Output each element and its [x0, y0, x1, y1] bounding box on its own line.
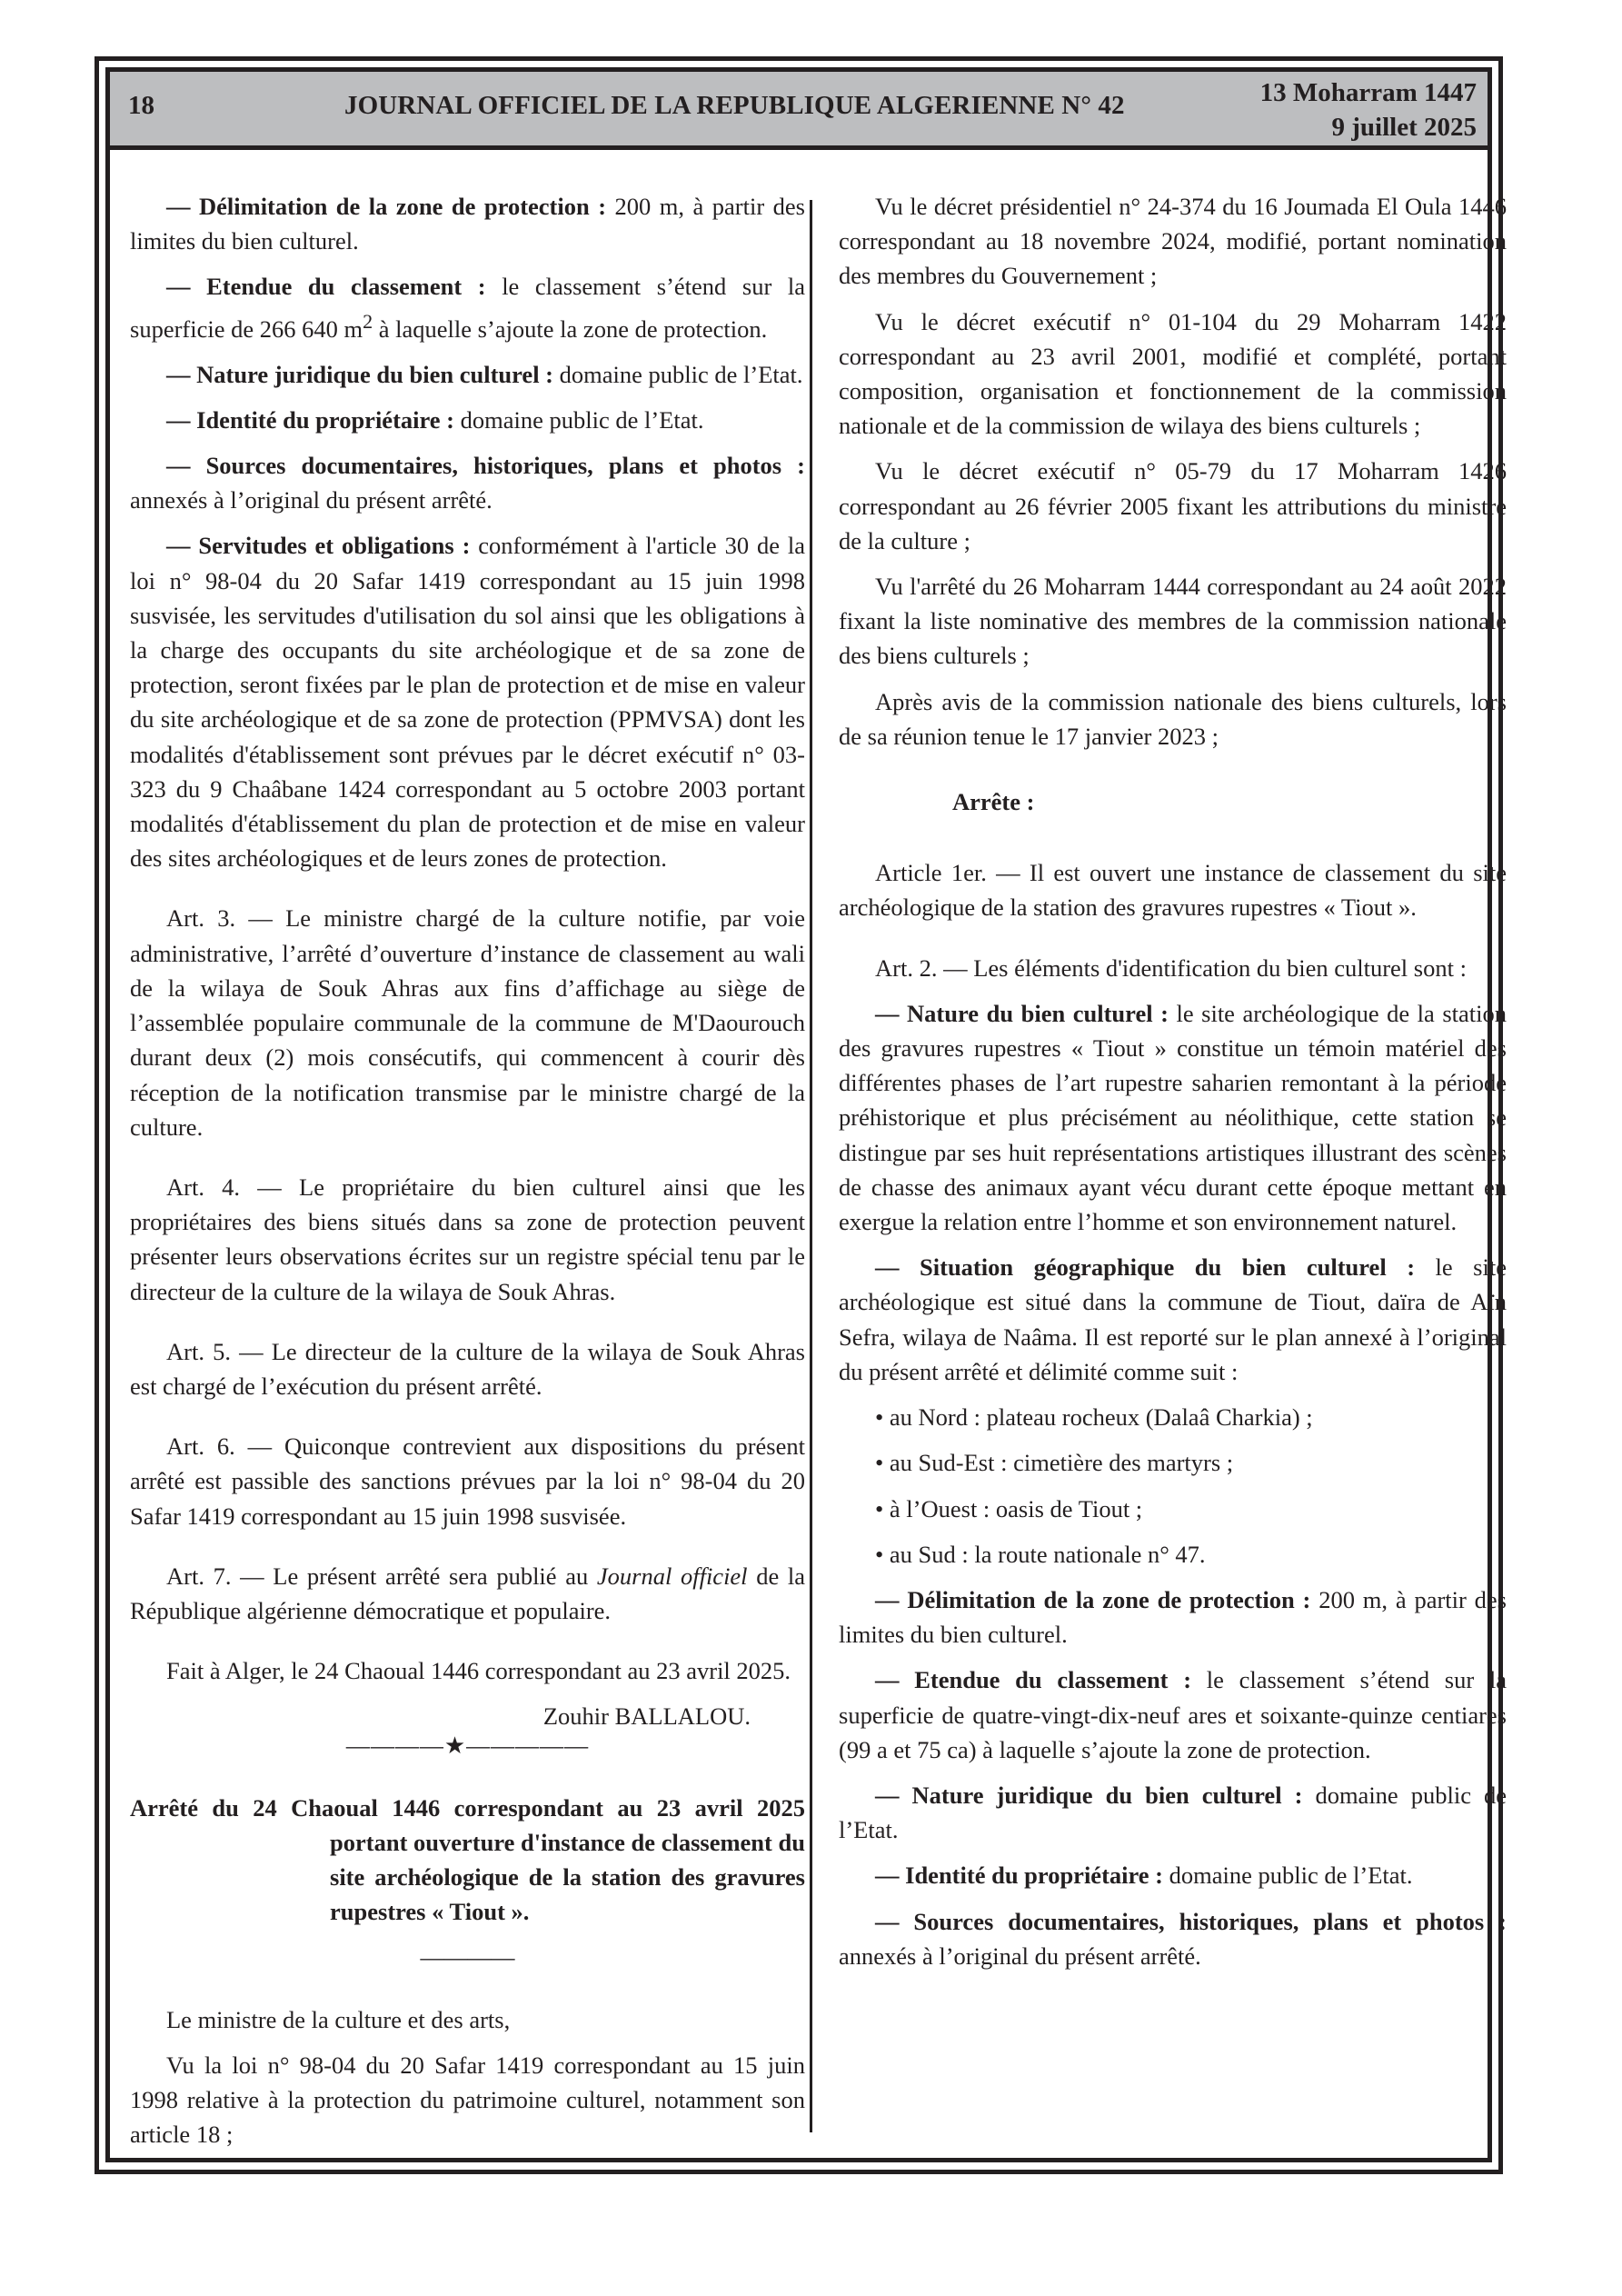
nature-juridique-text: domaine public de l’Etat. [553, 361, 803, 388]
nature-juridique-label: — Nature juridique du bien culturel : [166, 361, 553, 388]
nature-bien-text: le site archéologique de la station des … [839, 1000, 1507, 1235]
nature-juridique-paragraph-right: — Nature juridique du bien culturel : do… [839, 1778, 1507, 1847]
hijri-date: 13 Moharram 1447 [1260, 75, 1477, 110]
boundary-north: • au Nord : plateau rocheux (Dalaâ Chark… [839, 1400, 1507, 1434]
gregorian-date: 9 juillet 2025 [1260, 110, 1477, 145]
article-6: Art. 6. — Quiconque contrevient aux disp… [130, 1429, 805, 1533]
etendue-text-after: à laquelle s’ajoute la zone de protectio… [373, 314, 767, 342]
delimitation-paragraph: — Délimitation de la zone de protection … [130, 189, 805, 258]
servitudes-text: conformément à l'article 30 de la loi n°… [130, 532, 805, 872]
nature-bien-label: — Nature du bien culturel : [875, 1000, 1169, 1027]
nature-juridique-label-right: — Nature juridique du bien culturel : [875, 1782, 1302, 1809]
article-7: Art. 7. — Le présent arrêté sera publié … [130, 1559, 805, 1628]
delimitation-paragraph-right: — Délimitation de la zone de protection … [839, 1582, 1507, 1652]
boundary-south: • au Sud : la route nationale n° 47. [839, 1537, 1507, 1572]
page-number: 18 [128, 91, 154, 121]
situation-label: — Situation géographique du bien culture… [875, 1253, 1415, 1281]
etendue-paragraph: — Etendue du classement : le classement … [130, 269, 805, 345]
nature-bien-paragraph: — Nature du bien culturel : le site arch… [839, 996, 1507, 1239]
article-2: Art. 2. — Les éléments d'identification … [839, 951, 1507, 985]
decree-title: Arrêté du 24 Chaoual 1446 correspondant … [130, 1791, 805, 1930]
vu-decret-01-104: Vu le décret exécutif n° 01-104 du 29 Mo… [839, 304, 1507, 444]
sources-text-right: annexés à l’original du présent arrêté. [839, 1942, 1201, 1970]
article-3: Art. 3. — Le ministre chargé de la cultu… [130, 901, 805, 1143]
sources-label-right: — Sources documentaires, historiques, pl… [875, 1908, 1507, 1935]
minister-line: Le ministre de la culture et des arts, [130, 2002, 805, 2037]
etendue-label-right: — Etendue du classement : [875, 1666, 1191, 1693]
delimitation-label-right: — Délimitation de la zone de protection … [875, 1586, 1310, 1613]
sources-paragraph: — Sources documentaires, historiques, pl… [130, 448, 805, 517]
delimitation-label: — Délimitation de la zone de protection … [166, 193, 606, 220]
column-divider [810, 200, 812, 2132]
sources-paragraph-right: — Sources documentaires, historiques, pl… [839, 1904, 1507, 1973]
article-4: Art. 4. — Le propriétaire du bien cultur… [130, 1170, 805, 1309]
identite-paragraph-right: — Identité du propriétaire : domaine pub… [839, 1858, 1507, 1892]
identite-paragraph: — Identité du propriétaire : domaine pub… [130, 403, 805, 437]
vu-arrete-2022: Vu l'arrêté du 26 Moharram 1444 correspo… [839, 569, 1507, 674]
sources-label: — Sources documentaires, historiques, pl… [166, 452, 805, 479]
boundary-west: • à l’Ouest : oasis de Tiout ; [839, 1492, 1507, 1526]
vu-loi-98-04: Vu la loi n° 98-04 du 20 Safar 1419 corr… [130, 2048, 805, 2152]
article-7-before: Art. 7. — Le présent arrêté sera publié … [166, 1562, 597, 1590]
short-separator: ———— [130, 1941, 805, 1975]
right-column: Vu le décret présidentiel n° 24-374 du 1… [839, 189, 1507, 1984]
article-1: Article 1er. — Il est ouvert une instanc… [839, 855, 1507, 924]
apres-avis: Après avis de la commission nationale de… [839, 684, 1507, 754]
nature-juridique-paragraph: — Nature juridique du bien culturel : do… [130, 357, 805, 392]
identite-label: — Identité du propriétaire : [166, 406, 454, 434]
identite-text: domaine public de l’Etat. [454, 406, 704, 434]
arrete-label: Arrête : [839, 784, 1507, 819]
etendue-paragraph-right: — Etendue du classement : le classement … [839, 1662, 1507, 1767]
left-column: — Délimitation de la zone de protection … [130, 189, 805, 2163]
identite-text-right: domaine public de l’Etat. [1163, 1862, 1413, 1889]
journal-title: JOURNAL OFFICIEL DE LA REPUBLIQUE ALGERI… [344, 91, 1125, 121]
article-7-journal-officiel: Journal officiel [597, 1562, 748, 1590]
journal-header: 18 JOURNAL OFFICIEL DE LA REPUBLIQUE ALG… [110, 72, 1488, 150]
situation-paragraph: — Situation géographique du bien culture… [839, 1250, 1507, 1389]
etendue-label: — Etendue du classement : [166, 273, 486, 300]
vu-decret-presidentiel: Vu le décret présidentiel n° 24-374 du 1… [839, 189, 1507, 294]
vu-decret-05-79: Vu le décret exécutif n° 05-79 du 17 Moh… [839, 454, 1507, 558]
fait-a-alger: Fait à Alger, le 24 Chaoual 1446 corresp… [130, 1653, 805, 1688]
article-5: Art. 5. — Le directeur de la culture de … [130, 1334, 805, 1403]
boundary-south-east: • au Sud-Est : cimetière des martyrs ; [839, 1445, 1507, 1480]
etendue-superscript: 2 [363, 310, 373, 333]
sources-text: annexés à l’original du présent arrêté. [130, 486, 493, 514]
servitudes-label: — Servitudes et obligations : [166, 532, 470, 559]
identite-label-right: — Identité du propriétaire : [875, 1862, 1163, 1889]
servitudes-paragraph: — Servitudes et obligations : conforméme… [130, 528, 805, 875]
issue-dates: 13 Moharram 1447 9 juillet 2025 [1260, 75, 1477, 145]
